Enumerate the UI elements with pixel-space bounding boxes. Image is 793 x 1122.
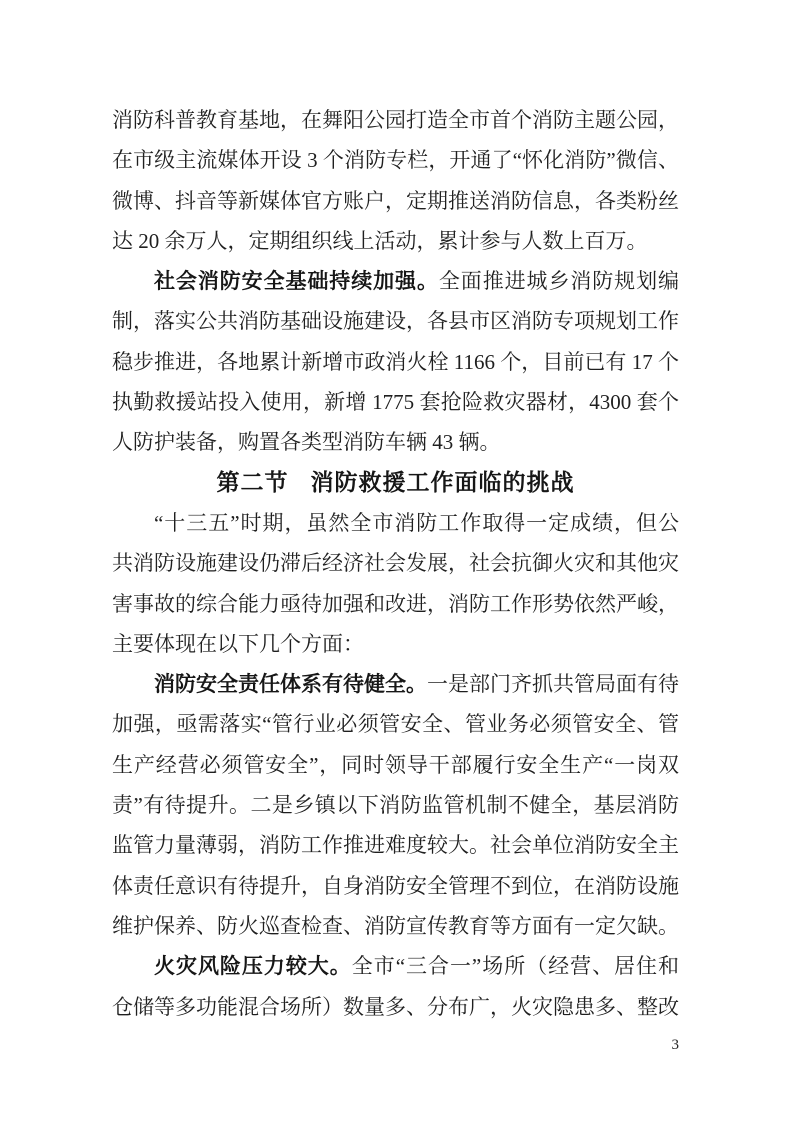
text-segment: 监管力量薄弱，消防工作推进难度较大。社会单位消防安全主 (112, 833, 679, 857)
text-line: 仓储等多功能混合场所）数量多、分布广，火灾隐患多、整改 (112, 987, 679, 1027)
section-heading-number: 第二节 (217, 470, 289, 495)
bold-lead-text: 消防安全责任体系有待健全。 (154, 672, 427, 696)
section-heading-title: 消防救援工作面临的挑战 (311, 470, 575, 495)
text-segment: 执勤救援站投入使用，新增 1775 套抢险救灾器材，4300 套个 (112, 390, 679, 414)
text-line: 监管力量薄弱，消防工作推进难度较大。社会单位消防安全主 (112, 825, 679, 865)
text-line: 制，落实公共消防基础设施建设，各县市区消防专项规划工作 (112, 301, 679, 341)
text-line: 消防安全责任体系有待健全。一是部门齐抓共管局面有待 (112, 664, 679, 704)
text-segment: 在市级主流媒体开设 3 个消防专栏，开通了“怀化消防”微信、 (112, 148, 679, 172)
text-segment: 责”有待提升。二是乡镇以下消防监管机制不健全，基层消防 (112, 793, 679, 817)
text-segment: 仓储等多功能混合场所）数量多、分布广，火灾隐患多、整改 (112, 995, 679, 1019)
text-line: 主要体现在以下几个方面： (112, 624, 679, 664)
text-segment: 体责任意识有待提升，自身消防安全管理不到位，在消防设施 (112, 874, 679, 898)
text-segment: 全市“三合一”场所（经营、居住和 (352, 954, 679, 978)
bold-lead-text: 火灾风险压力较大。 (154, 954, 352, 978)
text-line: 责”有待提升。二是乡镇以下消防监管机制不健全，基层消防 (112, 785, 679, 825)
text-line: 共消防设施建设仍滞后经济社会发展，社会抗御火灾和其他灾 (112, 543, 679, 583)
text-segment: 生产经营必须管安全”，同时领导干部履行安全生产“一岗双 (112, 753, 679, 777)
text-line: 体责任意识有待提升，自身消防安全管理不到位，在消防设施 (112, 866, 679, 906)
text-segment: 维护保养、防火巡查检查、消防宣传教育等方面有一定欠缺。 (112, 914, 679, 938)
text-line: 加强，亟需落实“管行业必须管安全、管业务必须管安全、管 (112, 704, 679, 744)
text-line: 微博、抖音等新媒体官方账户，定期推送消防信息，各类粉丝 (112, 181, 679, 221)
text-line: 稳步推进，各地累计新增市政消火栓 1166 个，目前已有 17 个 (112, 342, 679, 382)
text-line: 害事故的综合能力亟待加强和改进，消防工作形势依然严峻， (112, 584, 679, 624)
text-line: 达 20 余万人，定期组织线上活动，累计参与人数上百万。 (112, 221, 679, 261)
text-line: “十三五”时期，虽然全市消防工作取得一定成绩，但公 (112, 503, 679, 543)
text-segment: 达 20 余万人，定期组织线上活动，累计参与人数上百万。 (112, 229, 648, 253)
text-line: 在市级主流媒体开设 3 个消防专栏，开通了“怀化消防”微信、 (112, 140, 679, 180)
text-segment: 人防护装备，购置各类型消防车辆 43 辆。 (112, 430, 501, 454)
text-segment: 加强，亟需落实“管行业必须管安全、管业务必须管安全、管 (112, 712, 679, 736)
text-line: 社会消防安全基础持续加强。全面推进城乡消防规划编 (112, 261, 679, 301)
text-segment: “十三五”时期，虽然全市消防工作取得一定成绩，但公 (154, 511, 679, 535)
text-line: 生产经营必须管安全”，同时领导干部履行安全生产“一岗双 (112, 745, 679, 785)
text-segment: 消防科普教育基地，在舞阳公园打造全市首个消防主题公园， (112, 108, 679, 132)
text-line: 消防科普教育基地，在舞阳公园打造全市首个消防主题公园， (112, 100, 679, 140)
document-page: 消防科普教育基地，在舞阳公园打造全市首个消防主题公园，在市级主流媒体开设 3 个… (0, 0, 793, 1122)
text-segment: 主要体现在以下几个方面： (112, 632, 364, 656)
text-segment: 共消防设施建设仍滞后经济社会发展，社会抗御火灾和其他灾 (112, 551, 679, 575)
text-segment: 全面推进城乡消防规划编 (439, 269, 679, 293)
document-body: 消防科普教育基地，在舞阳公园打造全市首个消防主题公园，在市级主流媒体开设 3 个… (112, 100, 679, 1027)
text-line: 维护保养、防火巡查检查、消防宣传教育等方面有一定欠缺。 (112, 906, 679, 946)
text-segment: 稳步推进，各地累计新增市政消火栓 1166 个，目前已有 17 个 (112, 350, 679, 374)
page-number: 3 (112, 1036, 679, 1054)
text-line: 执勤救援站投入使用，新增 1775 套抢险救灾器材，4300 套个 (112, 382, 679, 422)
text-segment: 制，落实公共消防基础设施建设，各县市区消防专项规划工作 (112, 309, 679, 333)
section-heading: 第二节消防救援工作面临的挑战 (112, 463, 679, 503)
text-line: 人防护装备，购置各类型消防车辆 43 辆。 (112, 422, 679, 462)
text-segment: 一是部门齐抓共管局面有待 (427, 672, 679, 696)
text-line: 火灾风险压力较大。全市“三合一”场所（经营、居住和 (112, 946, 679, 986)
text-segment: 害事故的综合能力亟待加强和改进，消防工作形势依然严峻， (112, 592, 679, 616)
bold-lead-text: 社会消防安全基础持续加强。 (154, 269, 439, 293)
text-segment: 微博、抖音等新媒体官方账户，定期推送消防信息，各类粉丝 (112, 189, 679, 213)
